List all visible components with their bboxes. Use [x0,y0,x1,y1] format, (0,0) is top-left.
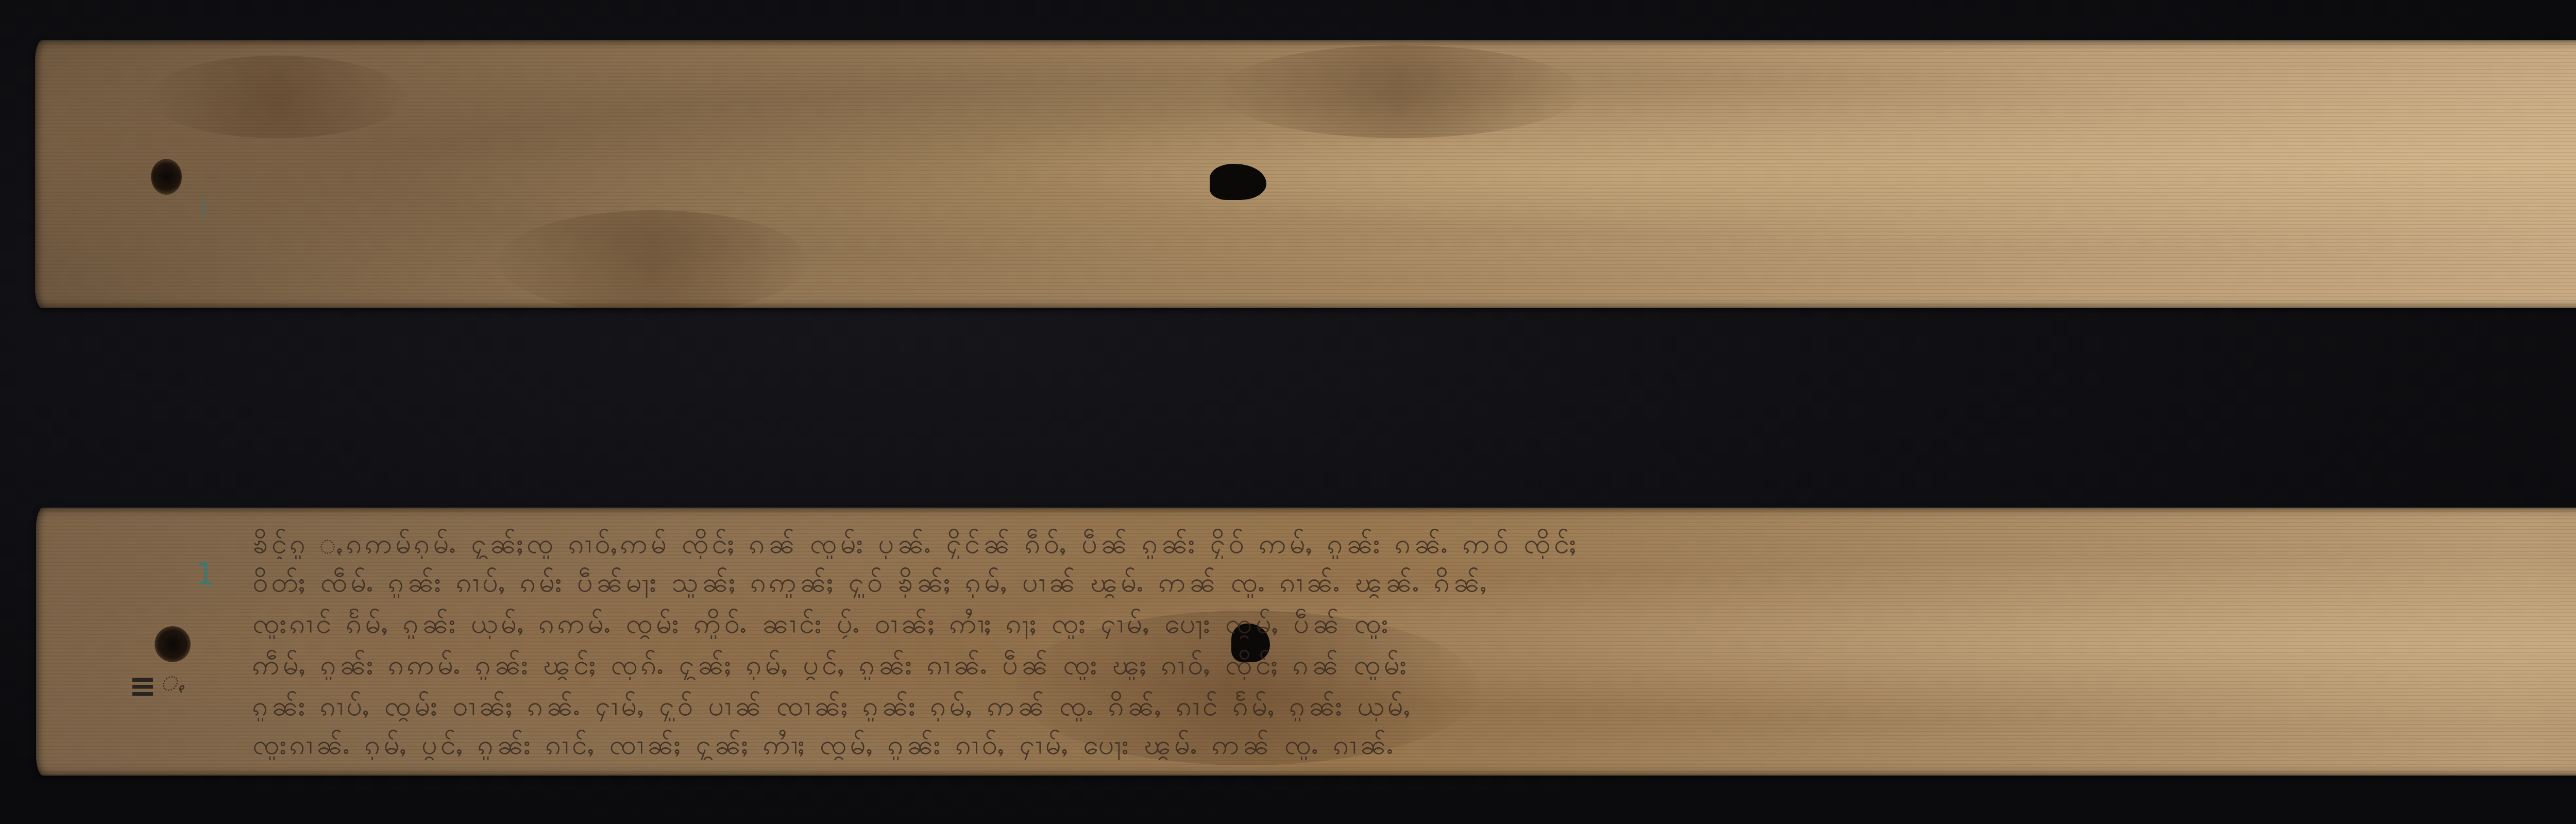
manuscript-line-6: ၸူးၵၢၼ်ႉ ၵုမ်ႇ ပွင်ႇ ၵူၼ်း ၵၢင်ႇ ၸၢၼ်ႈ ႁ… [252,729,2576,760]
margin-mark-left: 1 [196,557,215,592]
folio-numeral: ꩻ [160,662,185,704]
stain [1220,45,1581,138]
center-hole-torn [1210,164,1266,200]
manuscript-line-2: ဝိတ်ႈ ၸဵမ်ႉ ၵူၼ်း ၵၢပ်ႇ ၵမ်း ပဵၼ်မႃး သူၼ… [252,567,2576,598]
palm-leaf-bottom: 1 1 ≡ ꩻ ၶိင့်ၵူ ꩻၵဢမ်ၵုမ်ႉ ႁွၼ်ႈၸူ ၵၢဝ်ႇ… [36,508,2576,776]
stain [499,210,808,308]
stain [148,56,406,138]
palm-leaf-top: | | [35,40,2576,308]
tally-mark: ≡ [129,667,154,705]
manuscript-text-block: ၶိင့်ၵူ ꩻၵဢမ်ၵုမ်ႉ ႁွၼ်ႈၸူ ၵၢဝ်ႇဢမ် ၸိုင… [252,523,2576,760]
manuscript-line-5: ၵူၼ်း ၵၢပ်ႇ ၸွမ်း ဝၢၼ်ႈ ၵၼ်ႉ ႁၢမ်ႇ ႁူဝ် … [252,691,2576,721]
string-hole-left [155,626,191,662]
string-hole-left [151,159,182,195]
manuscript-line-3: ၸူးၵၢင် ၵႅမ်ႇ ၵူၼ်း ယုမ်ႇ ၵဢမ်ႉ ၸွမ်း ဢိ… [252,608,2576,639]
manuscript-line-4: ဢဵမ်ႇ ၵူၼ်း ၵဢမ်ႉ ၵူၼ်း ၽွင်ႈ ၸုၵ်ႉ ႁွၼ်… [252,649,2576,680]
manuscript-line-1: ၶိင့်ၵူ ꩻၵဢမ်ၵုမ်ႉ ႁွၼ်ႈၸူ ၵၢဝ်ႇဢမ် ၸိုင… [252,528,2576,559]
margin-tick-mark: | [200,195,207,218]
